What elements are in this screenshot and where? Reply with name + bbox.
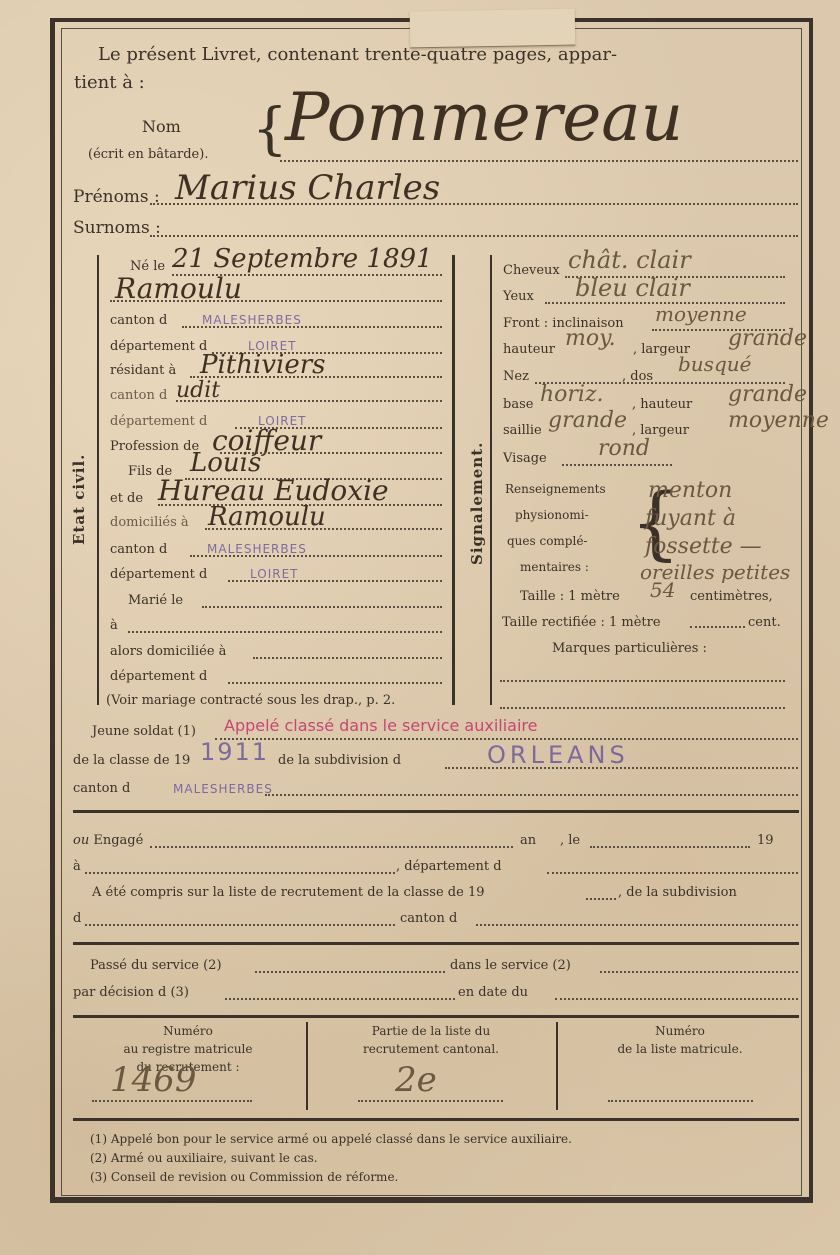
engage-departement-line xyxy=(547,872,798,874)
departement-label: département d xyxy=(110,338,207,356)
departement2-label: département d xyxy=(110,413,207,431)
footnote-1-num: (1) xyxy=(90,1132,107,1146)
engage-canton-label: canton d xyxy=(400,910,457,928)
residant-line xyxy=(190,376,442,378)
canton-line xyxy=(182,326,442,328)
profession-label: Profession de xyxy=(110,438,199,456)
signalement-left-rule xyxy=(490,255,492,705)
nom-value: Pommereau xyxy=(285,78,683,158)
marques-line-2 xyxy=(500,707,785,709)
departement3-stamp: LOIRET xyxy=(250,567,299,581)
ou-italic: ou xyxy=(73,833,89,848)
domicilies-line xyxy=(205,528,442,530)
divider-2 xyxy=(73,942,799,945)
dans-line xyxy=(600,971,798,973)
engage-departement-label: , département d xyxy=(396,858,502,876)
alors-domiciliee-line xyxy=(253,657,442,659)
divider-1 xyxy=(73,810,799,813)
date-label: en date du xyxy=(458,984,528,1002)
birthplace-line xyxy=(110,300,442,302)
an-label: an xyxy=(520,832,536,850)
footnote-2: (2) Armé ou auxiliaire, suivant le cas. xyxy=(90,1149,318,1167)
yeux-value: bleu clair xyxy=(575,274,690,302)
yeux-label: Yeux xyxy=(503,288,534,306)
renseignements-label-3: ques complé- xyxy=(507,532,587,550)
recrutement-canton-line xyxy=(265,794,798,796)
year-prefix: 19 xyxy=(757,832,774,850)
col1-line xyxy=(92,1100,252,1102)
nom-label: Nom xyxy=(142,118,181,136)
livret-militaire-page: Le présent Livret, contenant trente-quat… xyxy=(0,0,840,1255)
canton2-label: canton d xyxy=(110,387,167,405)
hauteur2-value: grande xyxy=(728,382,807,407)
voir-mariage-note: (Voir mariage contracté sous les drap., … xyxy=(106,692,395,710)
prenoms-line xyxy=(150,203,798,205)
paper-tape-repair xyxy=(410,9,576,49)
dans-label: dans le service (2) xyxy=(450,957,571,975)
ou-engage-label: ou Engagé xyxy=(73,832,143,850)
recrutement-canton-label: canton d xyxy=(73,780,130,798)
prenoms-value: Marius Charles xyxy=(175,168,440,208)
recrutement-canton-stamp: MALESHERBES xyxy=(173,782,273,796)
surnoms-line xyxy=(150,235,798,237)
canton3-stamp: MALESHERBES xyxy=(207,542,307,556)
signalement-label: Signalement. xyxy=(468,442,486,565)
footnote-2-text: Armé ou auxiliaire, suivant le cas. xyxy=(111,1151,318,1165)
marie-label: Marié le xyxy=(128,592,183,610)
etat-civil-left-rule xyxy=(97,255,99,705)
dos-value: busqué xyxy=(678,352,751,376)
le-label: , le xyxy=(560,832,580,850)
etat-civil-label: Etat civil. xyxy=(70,454,88,545)
jeune-soldat-label: Jeune soldat (1) xyxy=(92,723,196,741)
base-label: base xyxy=(503,396,533,414)
departement4-line xyxy=(228,682,442,684)
footnote-3-num: (3) xyxy=(90,1170,107,1184)
renseignements-label-4: mentaires : xyxy=(520,558,589,576)
saillie-value: grande xyxy=(548,408,627,433)
compris-label: A été compris sur la liste de recrutemen… xyxy=(92,884,485,902)
numbers-col-rule-2 xyxy=(556,1022,558,1110)
subdivision-label: de la subdivision d xyxy=(278,752,401,770)
saillie-label: saillie xyxy=(503,422,542,440)
departement3-label: département d xyxy=(110,566,207,584)
nom-sublabel: (écrit en bâtarde). xyxy=(88,146,208,164)
engage-d-label: d xyxy=(73,910,81,928)
renseignements-label-2: physionomi- xyxy=(515,506,589,524)
taille-rectifiee-line xyxy=(690,626,745,628)
canton-label: canton d xyxy=(110,312,167,330)
renseignements-value-1: menton xyxy=(648,478,732,503)
taille-value: 54 xyxy=(650,578,675,602)
col1-header-1: Numéro xyxy=(73,1022,303,1040)
renseignements-value-3: fossette — xyxy=(645,534,762,559)
col2-value: 2e xyxy=(395,1060,437,1100)
footnote-1-text: Appelé bon pour le service armé ou appel… xyxy=(111,1132,572,1146)
engage-d-line xyxy=(85,924,395,926)
canton3-label: canton d xyxy=(110,541,167,559)
nom-line xyxy=(280,160,798,162)
largeur-value: grande xyxy=(728,326,807,351)
footnote-1: (1) Appelé bon pour le service armé ou a… xyxy=(90,1130,572,1148)
engage-canton-line xyxy=(476,924,798,926)
divider-4 xyxy=(73,1118,799,1121)
compris-year-line xyxy=(586,898,616,900)
numbers-col-rule-1 xyxy=(306,1022,308,1110)
engage-word: Engagé xyxy=(93,833,143,848)
nez-label: Nez xyxy=(503,368,529,386)
renseignements-label-1: Renseignements xyxy=(505,480,606,498)
base-value: horiz. xyxy=(540,382,604,407)
marques-line-1 xyxy=(500,680,785,682)
col2-line xyxy=(358,1100,503,1102)
jeune-soldat-line xyxy=(215,738,798,740)
canton2-line xyxy=(176,400,442,402)
le-line xyxy=(590,846,750,848)
front-inclinaison-value: moyenne xyxy=(655,302,747,326)
taille-rectifiee-label: Taille rectifiée : 1 mètre xyxy=(502,614,661,632)
passe-line xyxy=(255,971,445,973)
hauteur2-label: , hauteur xyxy=(632,396,692,414)
departement4-label: département d xyxy=(110,668,207,686)
taille-label: Taille : 1 mètre xyxy=(520,588,620,606)
compris-subdivision-label: , de la subdivision xyxy=(618,884,737,902)
hauteur-label: hauteur xyxy=(503,341,555,359)
nom-brace: { xyxy=(252,100,288,160)
col1-value: 1469 xyxy=(110,1060,197,1100)
engage-a-label: à xyxy=(73,858,81,876)
marie-line xyxy=(202,606,442,608)
passe-label: Passé du service (2) xyxy=(90,957,222,975)
engage-a-line xyxy=(85,872,395,874)
canton3-line xyxy=(190,555,442,557)
cheveux-value: chât. clair xyxy=(568,246,691,274)
decision-line xyxy=(225,998,455,1000)
intro-line-2: tient à : xyxy=(74,74,145,92)
marques-label: Marques particulières : xyxy=(552,640,707,658)
col2-header-1: Partie de la liste du xyxy=(310,1022,552,1040)
domicilies-label: domiciliés à xyxy=(110,514,189,532)
cheveux-label: Cheveux xyxy=(503,262,560,280)
col1-header-2: au registre matricule xyxy=(73,1040,303,1058)
col3-line xyxy=(608,1100,753,1102)
surnoms-label: Surnoms : xyxy=(73,219,161,237)
jeune-soldat-stamp: Appelé classé dans le service auxiliaire xyxy=(224,716,538,735)
date-line xyxy=(555,998,798,1000)
intro-line-1: Le présent Livret, contenant trente-quat… xyxy=(98,46,617,64)
taille-suffix: centimètres, xyxy=(690,588,773,606)
classe-label: de la classe de 19 xyxy=(73,752,190,770)
footnote-3-text: Conseil de revision ou Commission de réf… xyxy=(111,1170,399,1184)
classe-stamp: 1911 xyxy=(200,738,269,766)
visage-value: rond xyxy=(598,436,650,461)
a-label: à xyxy=(110,617,118,635)
ne-le-value: 21 Septembre 1891 xyxy=(172,244,433,274)
et-de-label: et de xyxy=(110,490,143,508)
renseignements-value-2: fuyant à xyxy=(645,506,736,531)
alors-domiciliee-label: alors domiciliée à xyxy=(110,643,226,661)
footnote-3: (3) Conseil de revision ou Commission de… xyxy=(90,1168,398,1186)
largeur2-value: moyenne xyxy=(728,408,829,433)
visage-label: Visage xyxy=(503,450,547,468)
etat-civil-right-rule xyxy=(452,255,455,705)
hauteur-value: moy. xyxy=(565,326,616,351)
canton-stamp: MALESHERBES xyxy=(202,313,302,327)
col2-header-2: recrutement cantonal. xyxy=(310,1040,552,1058)
residant-label: résidant à xyxy=(110,362,176,380)
prenoms-label: Prénoms : xyxy=(73,188,160,206)
subdivision-line xyxy=(445,767,798,769)
footnote-2-num: (2) xyxy=(90,1151,107,1165)
departement3-line xyxy=(228,580,442,582)
a-line xyxy=(128,631,442,633)
divider-3 xyxy=(73,1015,799,1018)
col3-header-1: Numéro xyxy=(560,1022,800,1040)
decision-label: par décision d (3) xyxy=(73,984,189,1002)
visage-line xyxy=(562,464,672,466)
taille-rectifiee-suffix: cent. xyxy=(748,614,781,632)
col3-header-2: de la liste matricule. xyxy=(560,1040,800,1058)
subdivision-stamp: ORLEANS xyxy=(487,741,629,769)
engage-line xyxy=(150,846,513,848)
